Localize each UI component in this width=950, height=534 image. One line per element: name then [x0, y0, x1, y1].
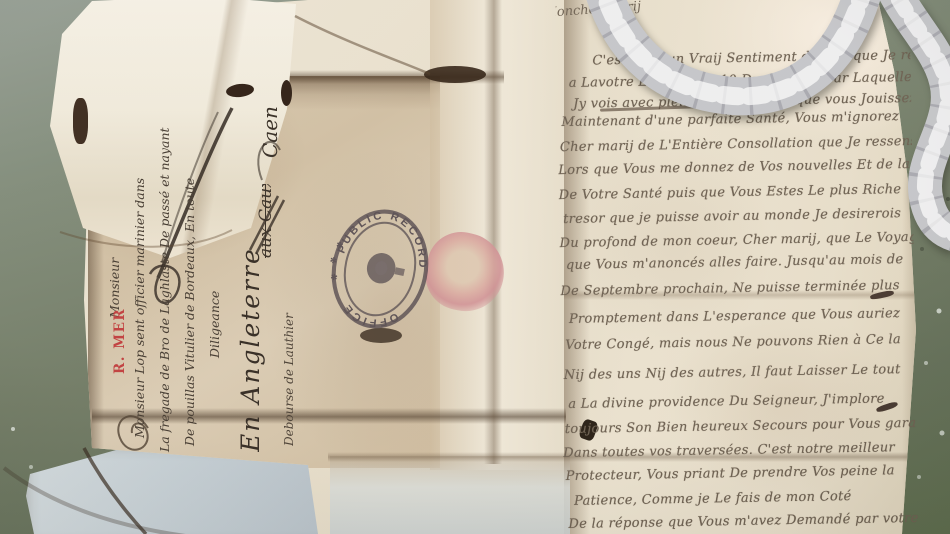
address-line: Diligeance [202, 96, 227, 468]
stamp-star-3: ✻ [330, 272, 339, 282]
address-line: La fregade de Bro de Laghlaste De passé … [152, 96, 177, 468]
letter-line: De Septembre prochain, Ne puisse terminé… [560, 278, 900, 299]
paper-tear-4 [73, 98, 88, 144]
letter-line: Protecteur, Vous priant De prendre Vos p… [565, 463, 894, 484]
letter-line: que Vous m'anoncés alles faire. Jusqu'au… [566, 252, 904, 273]
stamp-star-2: ✻ [329, 256, 338, 266]
address-text-block: Monsieur Monsieur Lop sent officier mari… [102, 96, 227, 468]
letter-line: Nij des uns Nij des autres, Il faut Lais… [564, 362, 901, 383]
letter-line: a La divine providence Du Seigneur, J'im… [568, 391, 885, 412]
docket-note: Debourse de Lauthier [282, 228, 296, 446]
stamp-crest-tab [394, 267, 404, 276]
table-speckles [0, 0, 2, 2]
address-line: Monsieur [102, 96, 127, 468]
red-route-mark: R. MER [112, 300, 128, 374]
paper-tear-2 [281, 80, 292, 106]
letter-line: Cher marij de L'Entière Consollation que… [560, 134, 918, 155]
bottom-fold-strip [330, 456, 570, 534]
letter-line: Votre Congé, mais nous Ne pouvons Rien à… [565, 332, 901, 353]
letter-line: De la réponse que Vous m'avez Demandé pa… [568, 511, 918, 532]
letter-line: Lors que Vous me donnez de Vos nouvelles… [558, 156, 919, 178]
letter-line: Promptement dans L'esperance que Vous au… [569, 306, 901, 327]
letter-text-block: Moncher marij C'est avec un Vraij Sentim… [555, 0, 918, 534]
letter-line: a Lavotre En Date du 10 Du Courant Par L… [569, 70, 913, 91]
letter-line: Du profond de mon coeur, Cher marij, que… [559, 230, 918, 251]
letter-line: tresor que je puisse avoir au monde Je d… [563, 206, 901, 227]
address-line: De pouillas Vitulier de Bordeaux, En tou… [177, 96, 202, 468]
letter-line: Dans toutes vos traversées. C'est notre … [563, 440, 895, 461]
town-name: Caen [258, 106, 282, 158]
letter-line: De Votre Santé puis que Vous Estes Le pl… [559, 182, 902, 203]
salutation: Moncher marij [555, 0, 641, 21]
address-line: Monsieur Lop sent officier marinier dans [127, 96, 152, 468]
public-record-office-stamp: PUBLIC RECORD OFFICE ✻ ✻ ✻ [306, 193, 454, 346]
letter-line: C'est avec un Vraij Sentiment de Joie qu… [592, 47, 918, 68]
paper-tear-3 [424, 66, 486, 83]
struck-destination: aux Caux [256, 184, 276, 258]
letter-line: Maintenant d'une parfaite Santé, Vous m'… [561, 109, 899, 130]
letter-photo: PUBLIC RECORD OFFICE ✻ ✻ ✻ Monsieur Mons… [0, 0, 950, 534]
letter-line: Patience, Comme je Le fais de mon Coté [574, 489, 852, 509]
letter-line: toujours Son Bien heureux Secours pour V… [565, 415, 919, 437]
